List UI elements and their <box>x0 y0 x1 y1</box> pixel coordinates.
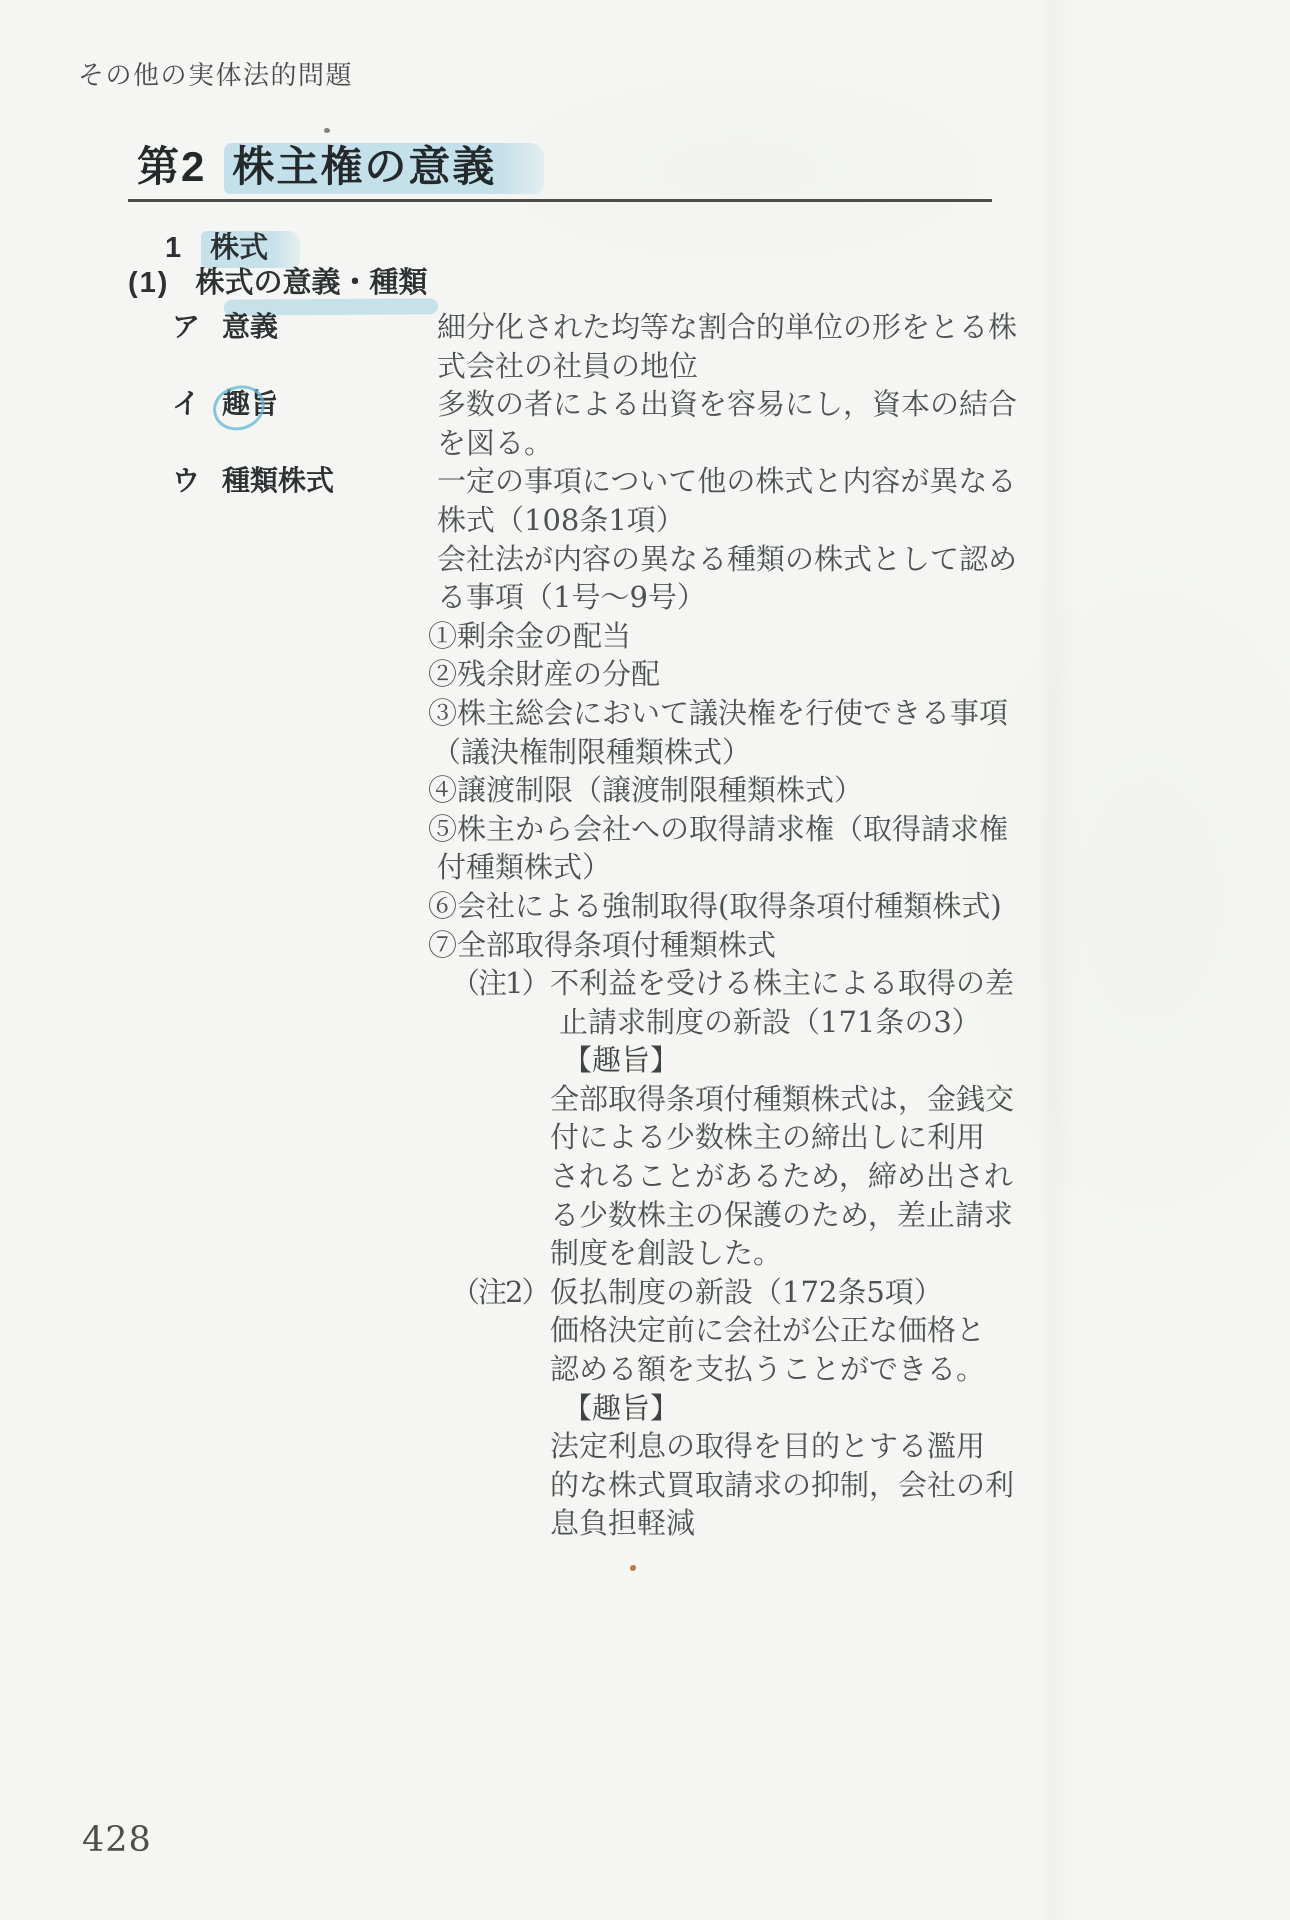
row-label-text: 趣旨 <box>222 388 278 419</box>
note-label: （注2） <box>437 1273 550 1543</box>
note-block: （注2）仮払制度の新設（172条5項）価格決定前に会社が公正な価格と認める額を支… <box>437 1273 1052 1543</box>
row-label: イ趣旨 <box>172 385 437 424</box>
note-line: 認める額を支払うことができる。 <box>550 1350 1052 1389</box>
section-heading-1: 1株式 <box>165 234 300 268</box>
chapter-title-text-highlighted: 株主権の意義 <box>224 143 544 194</box>
page-number: 428 <box>82 1820 152 1860</box>
content-line: る事項（1号～9号） <box>437 578 1052 617</box>
section-1-number: 1 <box>165 232 181 264</box>
content-line: ⑦全部取得条項付種類株式 <box>428 926 1052 965</box>
row-label: ア意義 <box>172 308 437 347</box>
section-1-1-number: (1) <box>128 267 169 299</box>
note-line: 価格決定前に会社が公正な価格と <box>550 1311 1052 1350</box>
content-line: （議決権制限種類株式） <box>432 733 1052 772</box>
note-body: 仮払制度の新設（172条5項）価格決定前に会社が公正な価格と認める額を支払うこと… <box>550 1273 1052 1543</box>
note-line: 【趣旨】 <box>563 1389 1052 1428</box>
note-label: （注1） <box>437 964 550 1273</box>
content-line: を図る。 <box>437 424 1052 463</box>
row-content: 細分化された均等な割合的単位の形をとる株式会社の社員の地位 <box>437 308 1052 385</box>
row-content: 一定の事項について他の株式と内容が異なる株式（108条1項）会社法が内容の異なる… <box>437 462 1052 1543</box>
content-line: ②残余財産の分配 <box>428 655 1052 694</box>
content-line: 株式（108条1項） <box>437 501 1052 540</box>
note-line: る少数株主の保護のため，差止請求 <box>550 1196 1052 1235</box>
definition-row: ア意義細分化された均等な割合的単位の形をとる株式会社の社員の地位 <box>172 308 1052 385</box>
content-line: 付種類株式） <box>437 848 1052 887</box>
content-line: 会社法が内容の異なる種類の株式として認め <box>437 540 1052 579</box>
content-line: 多数の者による出資を容易にし，資本の結合 <box>437 385 1052 424</box>
note-block: （注1）不利益を受ける株主による取得の差止請求制度の新設（171条の3）【趣旨】… <box>437 964 1052 1273</box>
note-line: 法定利息の取得を目的とする濫用 <box>550 1427 1052 1466</box>
orange-speck-artifact <box>630 1565 636 1571</box>
section-1-1-text: 株式の意義・種類 <box>195 267 427 299</box>
row-kana: ア <box>172 308 222 347</box>
scanned-textbook-page: その他の実体法的問題 第2株主権の意義 1株式 (1)株式の意義・種類 ア意義細… <box>0 0 1290 1920</box>
note-line: 息負担軽減 <box>550 1504 1052 1543</box>
content-line: 一定の事項について他の株式と内容が異なる <box>437 462 1052 501</box>
note-line: されることがあるため，締め出され <box>550 1157 1052 1196</box>
chapter-heading: 第2株主権の意義 <box>137 143 544 194</box>
title-underline-rule <box>128 199 992 202</box>
section-heading-1-1: (1)株式の意義・種類 <box>128 269 427 298</box>
note-body: 不利益を受ける株主による取得の差止請求制度の新設（171条の3）【趣旨】全部取得… <box>550 964 1052 1273</box>
row-content: 多数の者による出資を容易にし，資本の結合を図る。 <box>437 385 1052 462</box>
ink-dot-artifact <box>324 128 330 133</box>
note-line: 不利益を受ける株主による取得の差 <box>550 964 1052 1003</box>
row-kana: イ <box>172 385 222 424</box>
note-line: 全部取得条項付種類株式は，金銭交 <box>550 1080 1052 1119</box>
note-line: 的な株式買取請求の抑制，会社の利 <box>550 1466 1052 1505</box>
note-line: 制度を創設した。 <box>550 1234 1052 1273</box>
row-label-text: 意義 <box>222 311 278 342</box>
row-kana: ウ <box>172 462 222 501</box>
row-label-text: 種類株式 <box>222 465 334 496</box>
content-line: 式会社の社員の地位 <box>437 347 1052 386</box>
running-head: その他の実体法的問題 <box>78 60 353 91</box>
row-label: ウ種類株式 <box>172 462 437 501</box>
section-1-text-highlighted: 株式 <box>201 231 300 268</box>
content-line: ①剰余金の配当 <box>428 617 1052 656</box>
note-line: 止請求制度の新設（171条の3） <box>559 1003 1052 1042</box>
note-line: 【趣旨】 <box>563 1041 1052 1080</box>
content-line: ③株主総会において議決権を行使できる事項 <box>428 694 1052 733</box>
note-line: 付による少数株主の締出しに利用 <box>550 1118 1052 1157</box>
definition-table: ア意義細分化された均等な割合的単位の形をとる株式会社の社員の地位イ趣旨多数の者に… <box>172 308 1052 1543</box>
chapter-number: 第2 <box>137 143 206 190</box>
definition-row: イ趣旨多数の者による出資を容易にし，資本の結合を図る。 <box>172 385 1052 462</box>
content-line: ⑥会社による強制取得(取得条項付種類株式) <box>428 887 1052 926</box>
content-line: ④譲渡制限（譲渡制限種類株式） <box>428 771 1052 810</box>
content-line: ⑤株主から会社への取得請求権（取得請求権 <box>428 810 1052 849</box>
note-line: 仮払制度の新設（172条5項） <box>550 1273 1052 1312</box>
definition-row: ウ種類株式一定の事項について他の株式と内容が異なる株式（108条1項）会社法が内… <box>172 462 1052 1543</box>
content-line: 細分化された均等な割合的単位の形をとる株 <box>437 308 1052 347</box>
